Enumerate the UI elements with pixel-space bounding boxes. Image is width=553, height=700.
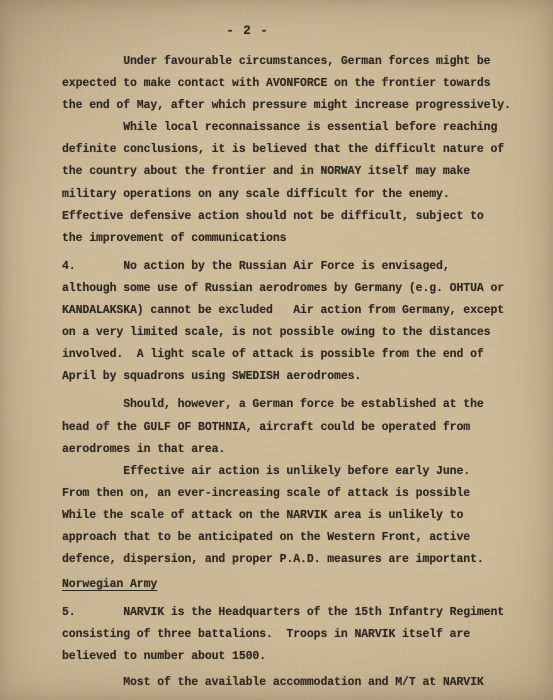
- text-line: the end of May, after which pressure mig…: [62, 95, 523, 117]
- text-line: Should, however, a German force be estab…: [62, 394, 523, 416]
- para-narvik-accommodation: Most of the available accommodation and …: [62, 672, 523, 694]
- text-line: While the scale of attack on the NARVIK …: [62, 505, 523, 527]
- text-line: consisting of three battalions. Troops i…: [62, 624, 523, 646]
- document-page: - 2 - Under favourable circumstances, Ge…: [0, 0, 553, 700]
- text-line: involved. A light scale of attack is pos…: [62, 344, 523, 366]
- text-line: 5. NARVIK is the Headquarters of the 15t…: [62, 602, 523, 624]
- para-german-contact: Under favourable circumstances, German f…: [62, 51, 523, 117]
- text-line: head of the GULF OF BOTHNIA, aircraft co…: [62, 417, 523, 439]
- text-line: the improvement of communications: [62, 228, 523, 250]
- text-line: While local reconnaissance is essential …: [62, 117, 523, 139]
- text-line: Effective defensive action should not be…: [62, 206, 523, 228]
- para-local-reconnaissance: While local reconnaissance is essential …: [62, 117, 523, 250]
- text-line: believed to number about 1500.: [62, 646, 523, 668]
- para-gulf-of-bothnia: Should, however, a German force be estab…: [62, 394, 523, 460]
- document-body: Under favourable circumstances, German f…: [0, 38, 553, 694]
- para-effective-air-action: Effective air action is unlikely before …: [62, 461, 523, 571]
- text-line: although some use of Russian aerodromes …: [62, 278, 523, 300]
- text-line: KANDALAKSKA) cannot be excluded Air acti…: [62, 300, 523, 322]
- text-line: Effective air action is unlikely before …: [62, 461, 523, 483]
- text-line: definite conclusions, it is believed tha…: [62, 139, 523, 161]
- section-heading-text: Norwegian Army: [62, 574, 523, 596]
- text-line: Most of the available accommodation and …: [62, 672, 523, 694]
- text-line: Under favourable circumstances, German f…: [62, 51, 523, 73]
- text-line: expected to make contact with AVONFORCE …: [62, 73, 523, 95]
- text-line: on a very limited scale, is not possible…: [62, 322, 523, 344]
- page-number: - 2 -: [0, 0, 553, 38]
- text-line: 4. No action by the Russian Air Force is…: [62, 256, 523, 278]
- text-line: April by squadrons using SWEDISH aerodro…: [62, 366, 523, 388]
- para-5-narvik-hq: 5. NARVIK is the Headquarters of the 15t…: [62, 602, 523, 668]
- text-line: From then on, an ever-increasing scale o…: [62, 483, 523, 505]
- text-line: defence, dispersion, and proper P.A.D. m…: [62, 549, 523, 571]
- heading-norwegian-army: Norwegian Army: [62, 574, 523, 596]
- text-line: approach that to be anticipated on the W…: [62, 527, 523, 549]
- para-4-russian-air-force: 4. No action by the Russian Air Force is…: [62, 256, 523, 389]
- text-line: aerodromes in that area.: [62, 439, 523, 461]
- text-line: military operations on any scale difficu…: [62, 184, 523, 206]
- text-line: the country about the frontier and in NO…: [62, 161, 523, 183]
